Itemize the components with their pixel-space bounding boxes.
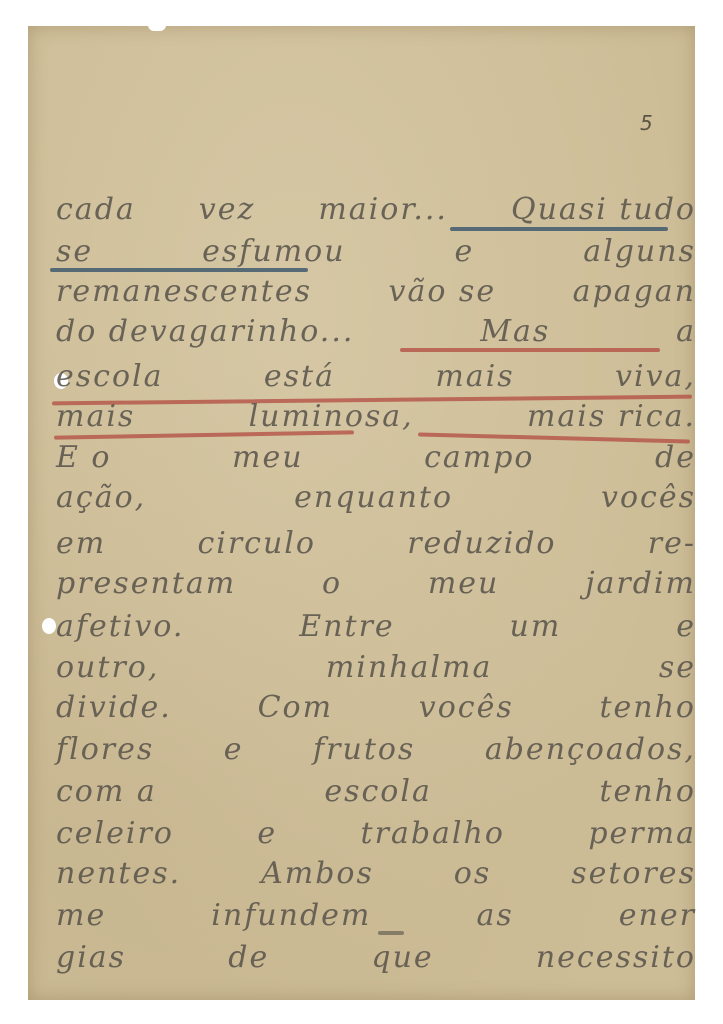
word: setores [571, 856, 696, 891]
word: E o [56, 440, 112, 475]
word: escola [324, 774, 432, 809]
manuscript-line-7: E o meu campo de [56, 440, 696, 480]
word-underlined: mais rica. [527, 399, 696, 434]
word: nentes. [56, 856, 181, 891]
manuscript-line-9: em circulo reduzido re- [56, 526, 696, 566]
word: e [224, 732, 244, 767]
manuscript-line-17: nentes. Ambos os setores [56, 856, 696, 896]
manuscript-line-11: afetivo. Entre um e [56, 609, 696, 649]
word-underlined: a [676, 314, 696, 349]
word: vez [199, 192, 256, 227]
manuscript-line-15: com a escola tenho [56, 774, 696, 814]
word: e [257, 816, 277, 851]
manuscript-line-4: do devagarinho... Mas a [56, 314, 696, 354]
word: celeiro [56, 816, 174, 851]
word: o [322, 566, 342, 601]
manuscript-line-18: me infundem as ener [56, 898, 696, 938]
word: tenho [599, 774, 696, 809]
word: minhalma [326, 650, 493, 685]
word: em [56, 526, 106, 561]
word: meu [428, 566, 500, 601]
word: vocês [419, 690, 514, 725]
word: afetivo. [56, 609, 184, 644]
word: enquanto [294, 480, 453, 515]
page-number: 5 [640, 111, 653, 135]
word: infundem [211, 898, 371, 933]
word: de [228, 940, 269, 975]
word-underlined: mais [435, 359, 514, 394]
word: cada [56, 192, 136, 227]
manuscript-line-13: divide. Com vocês tenho [56, 690, 696, 730]
word: se [56, 234, 93, 269]
word: meu [232, 440, 304, 475]
word: com a [56, 774, 157, 809]
word-underlined: viva, [615, 359, 696, 394]
word: Entre [299, 609, 394, 644]
word-underlined: esfumou [202, 234, 345, 269]
manuscript-line-6: mais luminosa, mais rica. [56, 399, 696, 439]
word: necessito [536, 940, 696, 975]
word: ação, [56, 480, 146, 515]
manuscript-line-12: outro, minhalma se [56, 650, 696, 690]
word: reduzido [407, 526, 556, 561]
word: trabalho [361, 816, 505, 851]
word-underlined: mais [56, 399, 135, 434]
manuscript-line-1: cada vez maior... Quasi tudo [56, 192, 696, 232]
paper-notch [148, 25, 166, 31]
manuscript-line-10: presentam o meu jardim [56, 566, 696, 606]
word: abençoados, [485, 732, 696, 767]
word: os [454, 856, 491, 891]
word: as [476, 898, 513, 933]
word: Ambos [261, 856, 374, 891]
word: flores [56, 732, 154, 767]
word: apagan [573, 274, 696, 309]
word-underlined: luminosa, [249, 399, 414, 434]
manuscript-page: 5 cada vez maior... Quasi tudo se esfumo… [28, 26, 695, 1000]
manuscript-line-8: ação, enquanto vocês [56, 480, 696, 520]
punch-hole-bottom [42, 618, 56, 634]
word: vocês [601, 480, 696, 515]
word: jardim [585, 566, 696, 601]
word: e [676, 609, 696, 644]
word-underlined: escola [56, 359, 164, 394]
word: ener [619, 898, 696, 933]
word: se [659, 650, 696, 685]
word: perma [588, 816, 696, 851]
word: tenho [599, 690, 696, 725]
manuscript-line-14: flores e frutos abençoados, [56, 732, 696, 772]
word: presentam [56, 566, 236, 601]
word: alguns [583, 234, 696, 269]
word: que [371, 940, 433, 975]
manuscript-line-3: remanescentes vão se apagan [56, 274, 696, 314]
word-underlined: está [264, 359, 335, 394]
word: Com [258, 690, 333, 725]
word: vão se [389, 274, 497, 309]
word: do devagarinho... [56, 314, 354, 349]
word: campo [424, 440, 534, 475]
word: remanescentes [56, 274, 312, 309]
word: outro, [56, 650, 159, 685]
word: me [56, 898, 106, 933]
word: maior... [318, 192, 448, 227]
word: gias [56, 940, 126, 975]
manuscript-line-5: escola está mais viva, [56, 359, 696, 399]
manuscript-line-19: gias de que necessito [56, 940, 696, 980]
word: divide. [56, 690, 172, 725]
word: frutos [313, 732, 415, 767]
manuscript-line-2: se esfumou e alguns [56, 234, 696, 274]
word: de [655, 440, 696, 475]
word-underlined: Mas [480, 314, 550, 349]
manuscript-line-16: celeiro e trabalho perma [56, 816, 696, 856]
word: e [455, 234, 475, 269]
word: circulo [197, 526, 316, 561]
word: re- [648, 526, 696, 561]
word: um [510, 609, 562, 644]
word-underlined: Quasi tudo [511, 192, 696, 227]
